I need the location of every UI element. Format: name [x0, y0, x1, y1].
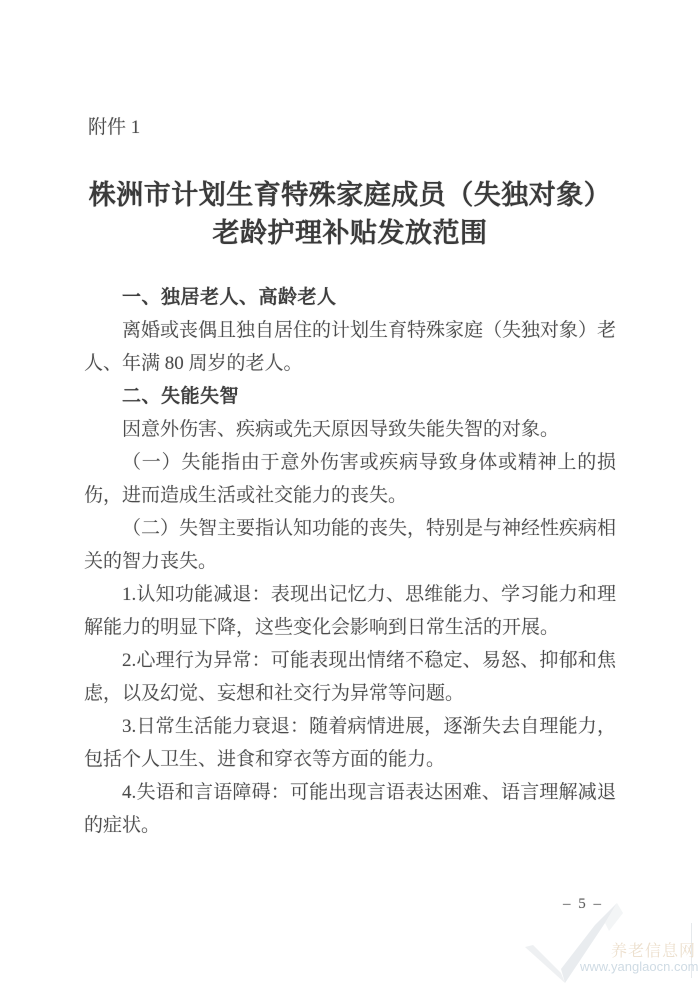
page-number: – 5 –: [533, 896, 633, 913]
title-line-1: 株洲市计划生育特殊家庭成员（失独对象）: [0, 176, 700, 214]
paragraph: （二）失智主要指认知功能的丧失，特别是与神经性疾病相关的智力丧失。: [84, 512, 616, 578]
watermark-site-name: 养老信息网: [611, 938, 696, 961]
paragraph: 1.认知功能减退：表现出记忆力、思维能力、学习能力和理解能力的明显下降，这些变化…: [84, 578, 616, 644]
paragraph: 离婚或丧偶且独自居住的计划生育特殊家庭（失独对象）老人、年满 80 周岁的老人。: [84, 314, 616, 380]
attachment-label: 附件 1: [88, 112, 140, 139]
document-page: 附件 1 株洲市计划生育特殊家庭成员（失独对象） 老龄护理补贴发放范围 一、独居…: [0, 0, 700, 990]
document-title: 株洲市计划生育特殊家庭成员（失独对象） 老龄护理补贴发放范围: [0, 176, 700, 252]
watermark-site-url: www.yanglaocn.com: [580, 959, 699, 974]
paragraph: 因意外伤害、疾病或先天原因导致失能失智的对象。: [84, 413, 616, 446]
watermark: 养老信息网 www.yanglaocn.com: [505, 865, 700, 990]
paragraph: 2.心理行为异常：可能表现出情绪不稳定、易怒、抑郁和焦虑，以及幻觉、妄想和社交行…: [84, 644, 616, 710]
paragraph: （一）失能指由于意外伤害或疾病导致身体或精神上的损伤，进而造成生活或社交能力的丧…: [84, 446, 616, 512]
paragraph: 3.日常生活能力衰退：随着病情进展，逐渐失去自理能力，包括个人卫生、进食和穿衣等…: [84, 710, 616, 776]
section-heading-1: 一、独居老人、高龄老人: [84, 281, 616, 314]
watermark-edge-line: [691, 923, 692, 978]
paragraph: 4.失语和言语障碍：可能出现言语表达困难、语言理解减退的症状。: [84, 776, 616, 842]
document-body: 一、独居老人、高龄老人 离婚或丧偶且独自居住的计划生育特殊家庭（失独对象）老人、…: [84, 281, 616, 842]
section-heading-2: 二、失能失智: [84, 380, 616, 413]
title-line-2: 老龄护理补贴发放范围: [0, 214, 700, 252]
